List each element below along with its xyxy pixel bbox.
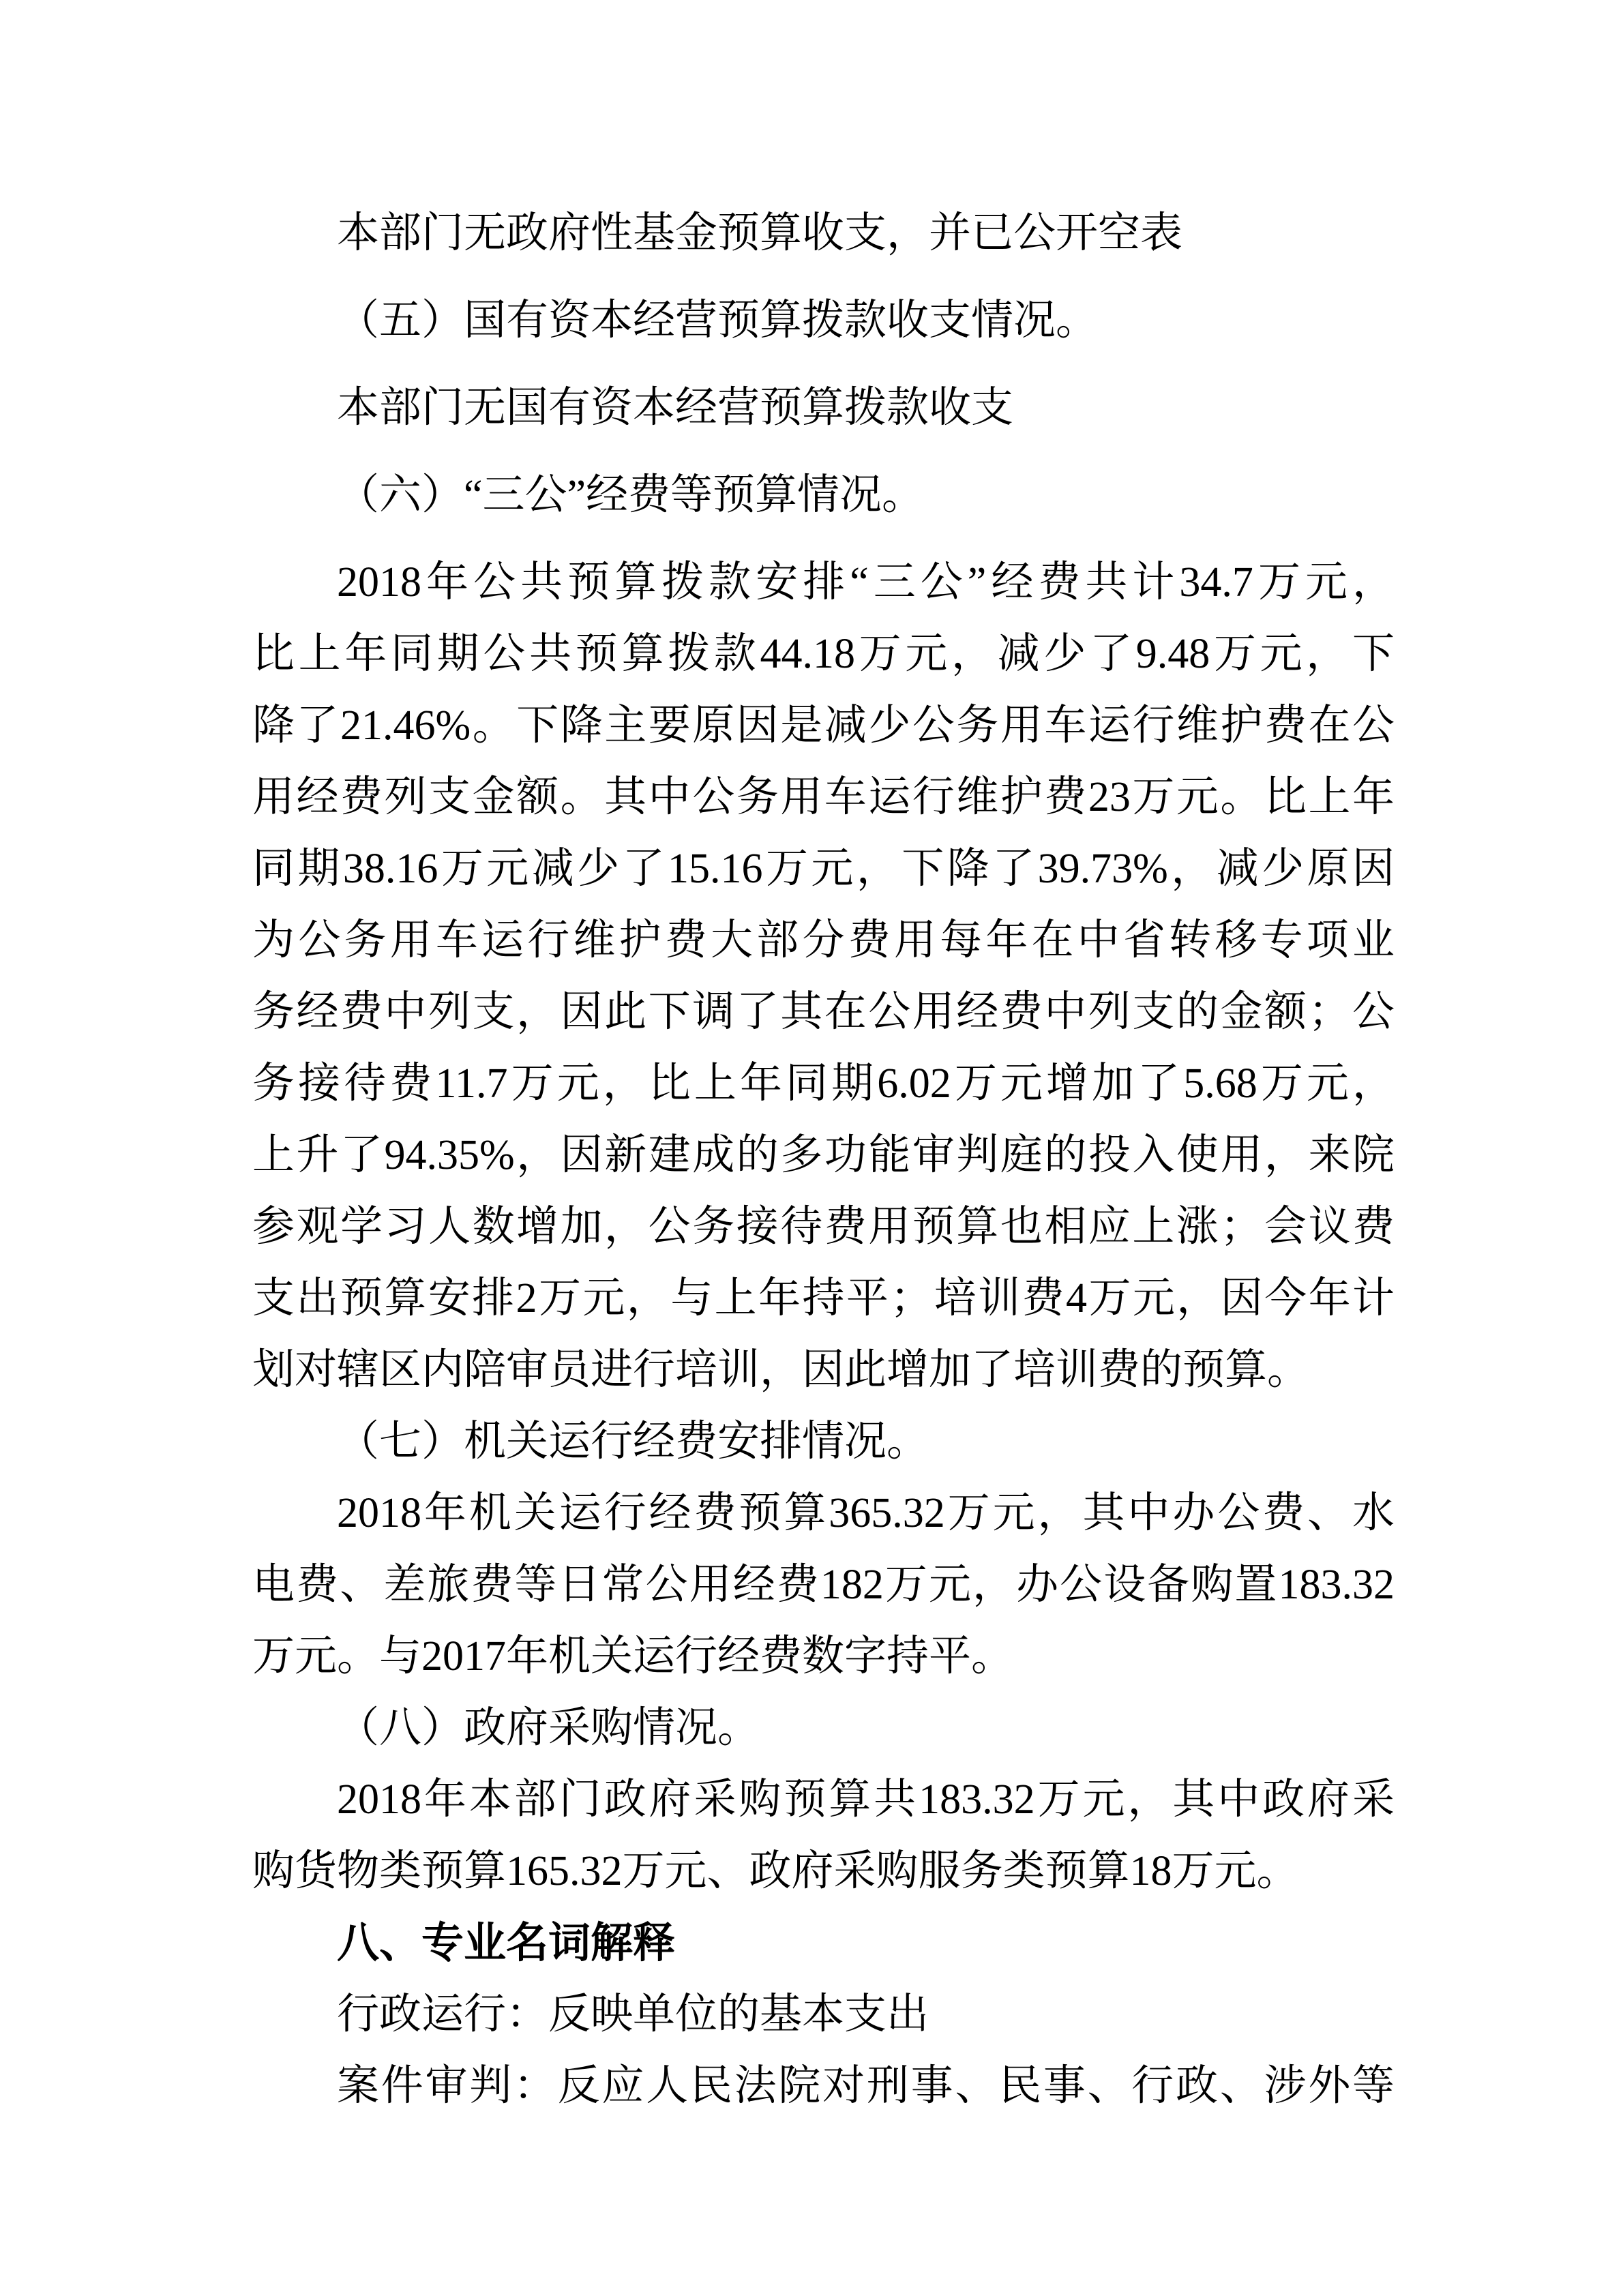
paragraph-line: 务接待费11.7万元，比上年同期6.02万元增加了5.68万元， [252,1048,1395,1120]
paragraph-line: 2018年机关运行经费预算365.32万元，其中办公费、水 [252,1478,1395,1549]
document-body: 本部门无政府性基金预算收支，并已公开空表 （五）国有资本经营预算拨款收支情况。 … [252,198,1395,2122]
paragraph-line: 比上年同期公共预算拨款44.18万元，减少了9.48万元，下 [252,618,1395,690]
paragraph-line: 参观学习人数增加，公务接待费用预算也相应上涨；会议费 [252,1191,1395,1263]
paragraph-line: 电费、差旅费等日常公用经费182万元，办公设备购置183.32 [252,1549,1395,1621]
paragraph-line: 2018年公共预算拨款安排“三公”经费共计34.7万元， [252,547,1395,618]
section-heading: （五）国有资本经营预算拨款收支情况。 [252,285,1395,357]
paragraph-line: 划对辖区内陪审员进行培训，因此增加了培训费的预算。 [252,1335,1395,1406]
section-heading: （八）政府采购情况。 [252,1693,1395,1764]
term-definition-line: 行政运行：反映单位的基本支出 [252,1979,1395,2051]
paragraph-line: 务经费中列支，因此下调了其在公用经费中列支的金额；公 [252,976,1395,1048]
paragraph-line: 本部门无政府性基金预算收支，并已公开空表 [252,198,1395,269]
section-heading: （六）“三公”经费等预算情况。 [252,460,1395,531]
paragraph-line: 同期38.16万元减少了15.16万元，下降了39.73%，减少原因 [252,833,1395,905]
document-page: 本部门无政府性基金预算收支，并已公开空表 （五）国有资本经营预算拨款收支情况。 … [0,0,1623,2296]
paragraph-line: 为公务用车运行维护费大部分费用每年在中省转移专项业 [252,905,1395,976]
term-definition-line: 案件审判：反应人民法院对刑事、民事、行政、涉外等 [252,2051,1395,2122]
paragraph-line: 万元。与2017年机关运行经费数字持平。 [252,1621,1395,1693]
paragraph-line: 支出预算安排2万元，与上年持平；培训费4万元，因今年计 [252,1263,1395,1335]
paragraph-line: 上升了94.35%，因新建成的多功能审判庭的投入使用，来院 [252,1120,1395,1191]
paragraph-line: 2018年本部门政府采购预算共183.32万元，其中政府采 [252,1764,1395,1836]
paragraph-line: 本部门无国有资本经营预算拨款收支 [252,372,1395,444]
section-heading: （七）机关运行经费安排情况。 [252,1406,1395,1478]
terms-section-heading: 八、专业名词解释 [252,1907,1395,1979]
paragraph-line: 用经费列支金额。其中公务用车运行维护费23万元。比上年 [252,762,1395,833]
paragraph-line: 降了21.46%。下降主要原因是减少公务用车运行维护费在公 [252,690,1395,762]
paragraph-line: 购货物类预算165.32万元、政府采购服务类预算18万元。 [252,1836,1395,1907]
